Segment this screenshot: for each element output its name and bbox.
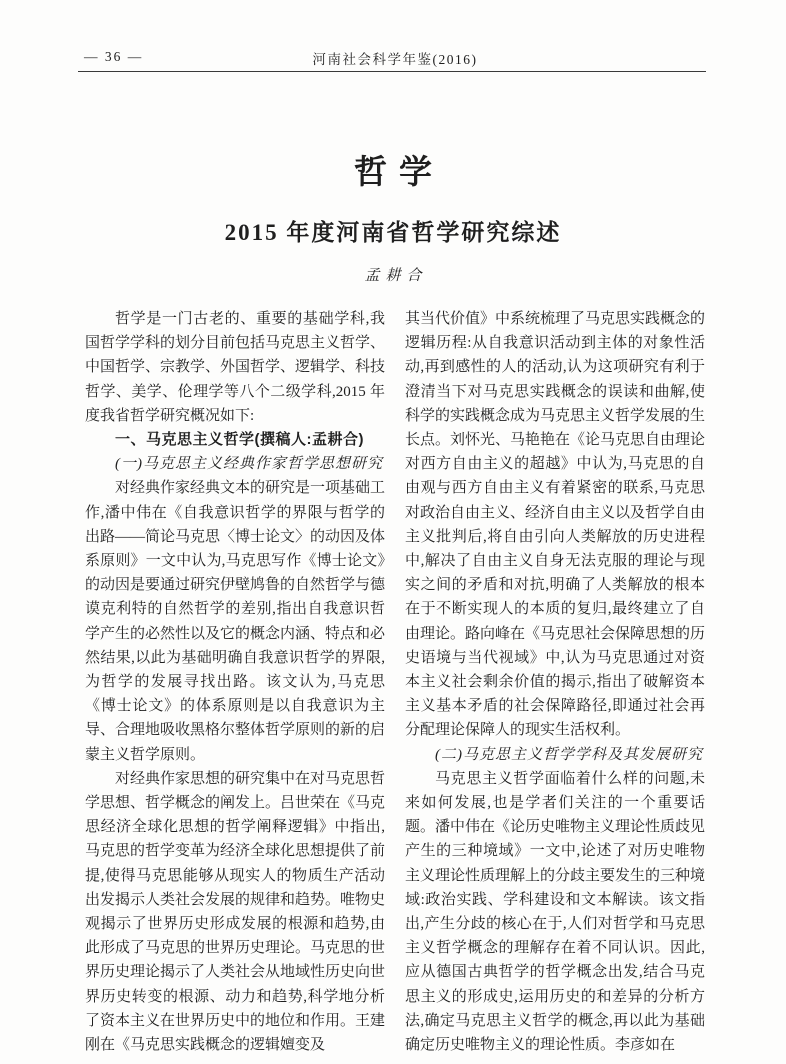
journal-title: 河南社会科学年鉴(2016) (84, 48, 706, 68)
article-body: 哲学是一门古老的、重要的基础学科,我国哲学学科的划分目前包括马克思主义哲学、中国… (85, 307, 705, 1057)
paragraph-discipline-issues: 马克思主义哲学面临着什么样的问题,未来如何发展,也是学者们关注的一个重要话题。潘… (405, 767, 705, 1057)
paragraph-intro: 哲学是一门古老的、重要的基础学科,我国哲学学科的划分目前包括马克思主义哲学、中国… (85, 307, 385, 428)
paragraph-classic-texts: 对经典作家经典文本的研究是一项基础工作,潘中伟在《自我意识哲学的界限与哲学的出路… (85, 476, 385, 766)
subsection-heading-classic-authors: (一)马克思主义经典作家哲学思想研究 (85, 452, 385, 476)
subsection-heading-discipline-development: (二)马克思主义哲学学科及其发展研究 (405, 743, 705, 767)
article-title: 2015 年度河南省哲学研究综述 (0, 214, 786, 247)
left-column: 哲学是一门古老的、重要的基础学科,我国哲学学科的划分目前包括马克思主义哲学、中国… (85, 307, 385, 1057)
section-heading-marxist-philosophy: 一、马克思主义哲学(撰稿人:孟耕合) (85, 428, 385, 452)
yearbook-page: — 36 — 河南社会科学年鉴(2016) 哲学 2015 年度河南省哲学研究综… (0, 0, 786, 1064)
author-name: 孟耕合 (0, 264, 786, 285)
paragraph-practice-concept: 其当代价值》中系统梳理了马克思实践概念的逻辑历程:从自我意识活动到主体的对象性活… (405, 307, 705, 743)
header-rule (78, 71, 706, 72)
right-column: 其当代价值》中系统梳理了马克思实践概念的逻辑历程:从自我意识活动到主体的对象性活… (405, 307, 705, 1057)
category-title: 哲学 (0, 146, 786, 193)
running-header: — 36 — 河南社会科学年鉴(2016) (84, 48, 706, 68)
paragraph-marx-thought: 对经典作家思想的研究集中在对马克思哲学思想、哲学概念的阐发上。吕世荣在《马克思经… (85, 767, 385, 1057)
